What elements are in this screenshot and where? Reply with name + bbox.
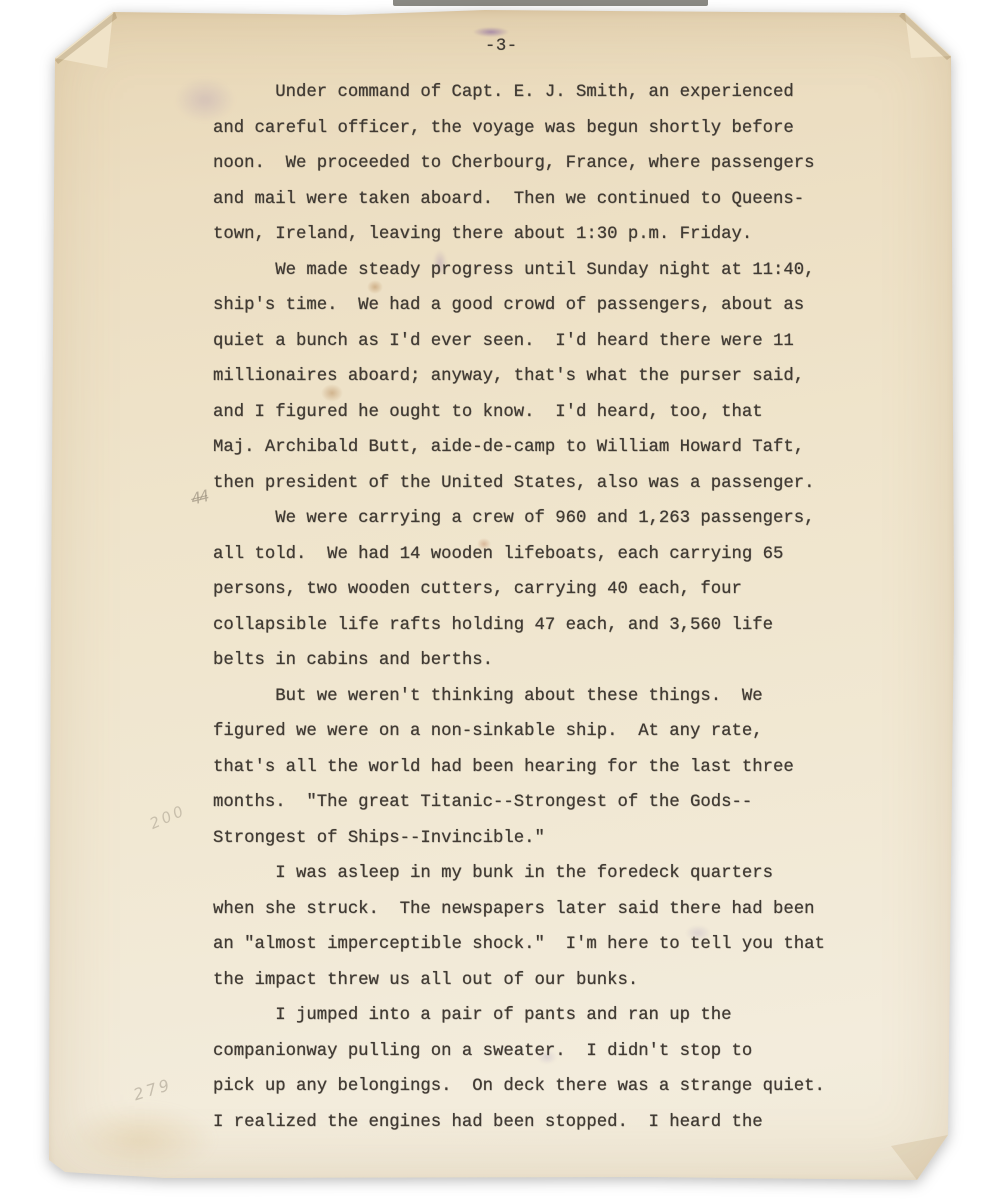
pencil-margin-number-279: 279 <box>131 1075 174 1105</box>
foxing-patch <box>65 1105 215 1175</box>
page-number: -3- <box>485 37 518 56</box>
typescript-text: Under command of Capt. E. J. Smith, an e… <box>213 75 893 1140</box>
paper-shadow-wrap: -3- Under command of Capt. E. J. Smith, … <box>45 10 957 1184</box>
typescript-page: -3- Under command of Capt. E. J. Smith, … <box>45 10 957 1184</box>
paragraph-crew-lifeboats: We were carrying a crew of 960 and 1,263… <box>213 501 893 679</box>
pencil-margin-number-200: 200 <box>147 801 189 833</box>
fold-crease-top-right <box>897 10 957 62</box>
fold-crease-top-left <box>53 10 133 70</box>
paragraph-asleep-in-bunk: I was asleep in my bunk in the foredeck … <box>213 856 893 998</box>
paragraph-voyage-begun: Under command of Capt. E. J. Smith, an e… <box>213 75 893 253</box>
photographed-document: -3- Under command of Capt. E. J. Smith, … <box>0 0 1000 1200</box>
purple-ink-smudge <box>473 27 509 37</box>
pencil-scribble: 44 <box>189 486 209 508</box>
paragraph-steady-progress: We made steady progress until Sunday nig… <box>213 253 893 502</box>
backing-sheet-edge <box>393 0 708 6</box>
paragraph-jumped-into-pants: I jumped into a pair of pants and ran up… <box>213 998 893 1140</box>
paragraph-non-sinkable: But we weren't thinking about these thin… <box>213 679 893 857</box>
